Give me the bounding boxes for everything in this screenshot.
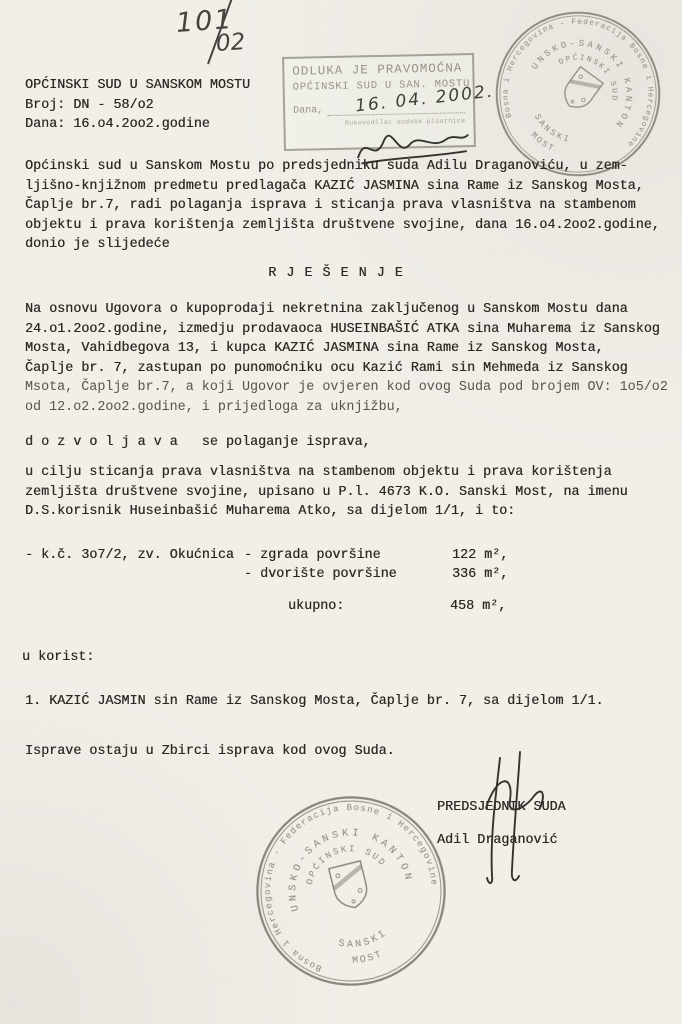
grant-statement: d o z v o l j a v a se polaganje isprava…: [25, 433, 371, 453]
intro-line: Čaplje br.7, radi polaganja isprava i st…: [25, 196, 660, 216]
court-header-block: OPĆINSKI SUD U SANSKOM MOSTU Broj: DN - …: [25, 76, 250, 135]
court-name: OPĆINSKI SUD U SANSKOM MOSTU: [25, 76, 250, 96]
basis-line: 24.o1.2oo2.godine, izmedju prodavaoca HU…: [25, 320, 668, 340]
intro-line: Općinski sud u Sanskom Mostu po predsjed…: [25, 157, 660, 177]
intro-line: ljišno-knjižnom predmetu predlagača KAZI…: [25, 177, 660, 197]
handwritten-ref-denominator: 02: [215, 29, 246, 57]
basis-paragraph: Na osnovu Ugovora o kupoprodaji nekretni…: [25, 300, 668, 417]
purpose-paragraph: u cilju sticanja prava vlasništva na sta…: [25, 463, 628, 522]
purpose-line: u cilju sticanja prava vlasništva na sta…: [25, 463, 628, 483]
handwritten-case-reference: 101 02: [168, 4, 254, 62]
svg-text:MOST: MOST: [350, 948, 385, 968]
stamp-city-line2: MOST: [350, 948, 385, 968]
closing-line: Isprave ostaju u Zbirci isprava kod ovog…: [25, 742, 395, 762]
court-round-stamp-bottom: Bosna i Hercegovina - Federacija Bosne i…: [231, 771, 471, 1011]
case-number: Broj: DN - 58/o2: [25, 96, 250, 116]
decision-date: Dana: 16.o4.2oo2.godine: [25, 115, 250, 135]
intro-line: donio je slijedeće: [25, 235, 660, 255]
validity-stamp-date-label: Dana,: [293, 105, 323, 117]
decision-heading: R J E Š E N J E: [0, 264, 672, 284]
beneficiary-line: 1. KAZIĆ JASMIN sin Rame iz Sanskog Most…: [25, 692, 604, 712]
parcel-value: 122 m²,: [452, 546, 508, 566]
svg-text:SANSKI: SANSKI: [335, 926, 391, 955]
parcel-label: - k.č. 3o7/2, zv. Okućnica: [25, 546, 234, 566]
president-signature: [462, 750, 572, 890]
stamp-city-line1: SANSKI: [335, 926, 391, 955]
validity-stamp-date-line: 16. 04. 2002.: [327, 96, 465, 116]
parcel-value: 336 m²,: [452, 565, 508, 585]
validity-stamp-title: ODLUKA JE PRAVOMOĆNA: [292, 61, 464, 79]
coat-of-arms-shield: [329, 861, 371, 912]
basis-line: Mosta, Vahidbegova 13, i kupca KAZIĆ JAS…: [25, 339, 668, 359]
parcel-total-label: ukupno:: [288, 597, 344, 617]
parcel-item: - dvorište površine: [244, 565, 397, 585]
parcel-total-value: 458 m²,: [450, 597, 506, 617]
basis-line: Msota, Čaplje br.7, a koji Ugovor je ovj…: [25, 378, 668, 398]
basis-line: Čaplje br. 7, zastupan po punomoćniku oc…: [25, 359, 668, 379]
benefit-label: u korist:: [22, 648, 94, 668]
purpose-line: D.S.korisnik Huseinbašić Muharema Atko, …: [25, 502, 628, 522]
validity-stamp: ODLUKA JE PRAVOMOĆNA OPĆINSKI SUD U SAN.…: [282, 53, 476, 151]
parcel-item: - zgrada površine: [244, 546, 381, 566]
stamp-kanton-text: UNSKO-SANSKI KANTON: [530, 17, 656, 131]
intro-line: objektu i prava korištenja zemljišta dru…: [25, 216, 660, 236]
coat-of-arms-shield: [558, 67, 603, 115]
intro-paragraph: Općinski sud u Sanskom Mostu po predsjed…: [25, 157, 660, 255]
basis-line: od 12.o2.2oo2.godine, i prijedloga za uk…: [25, 398, 668, 418]
purpose-line: zemljišta društvene svojine, upisano u P…: [25, 483, 628, 503]
basis-line: Na osnovu Ugovora o kupoprodaji nekretni…: [25, 300, 668, 320]
scanned-court-decision: 101 02 OPĆINSKI SUD U SANSKOM MOSTU Broj…: [0, 0, 682, 1024]
svg-text:UNSKO-SANSKI KANTON: UNSKO-SANSKI KANTON: [530, 17, 656, 131]
